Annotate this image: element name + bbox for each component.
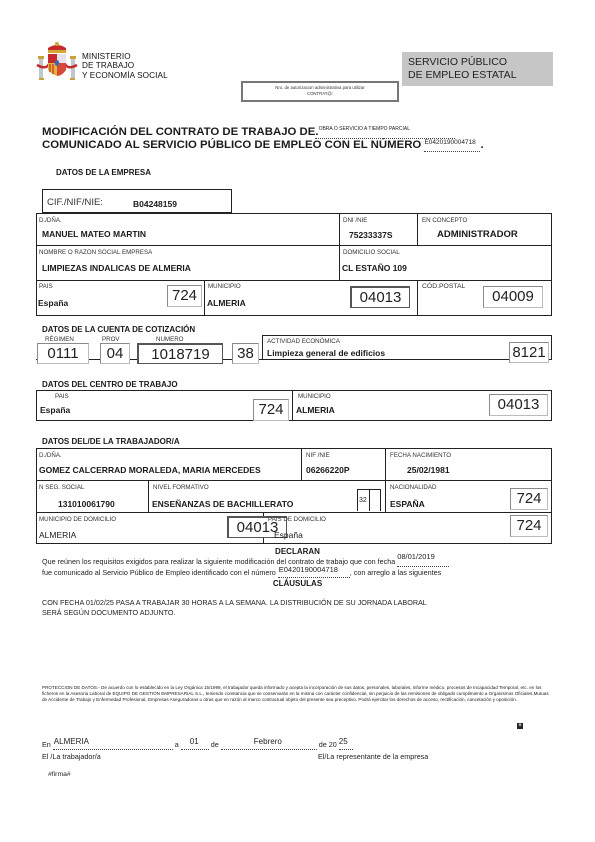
municipio-code-box[interactable]: 04013 — [350, 286, 410, 308]
fecha-value[interactable]: 08/01/2019 — [397, 552, 435, 561]
domicilio-label: DOMICILIO SOCIAL — [343, 249, 400, 256]
clausulas-text-2[interactable]: SERÁ SEGÚN DOCUMENTO ADJUNTO. — [42, 608, 176, 617]
ministry-line-3: Y ECONOMÍA SOCIAL — [82, 71, 168, 80]
trab-nss-value[interactable]: 131010061790 — [58, 499, 115, 509]
trab-mundom-value[interactable]: ALMERIA — [39, 530, 76, 540]
dia-value[interactable]: 01 — [190, 737, 199, 746]
sepe-line-2: DE EMPLEO ESTATAL — [408, 69, 547, 82]
pais-label: PAIS — [39, 283, 53, 290]
mes-value[interactable]: Febrero — [254, 737, 282, 746]
trab-nacionalidad-label: NACIONALIDAD — [390, 484, 436, 491]
plus-icon[interactable]: + — [517, 723, 523, 729]
de-label: de — [211, 740, 219, 749]
actividad-code-box[interactable]: 8121 — [509, 342, 549, 363]
dc-box[interactable]: 38 — [232, 343, 259, 364]
firma-placeholder[interactable]: #firma# — [48, 771, 71, 778]
section-title-cotizacion: DATOS DE LA CUENTA DE COTIZACIÓN — [42, 325, 195, 334]
mes-field: Febrero — [221, 740, 317, 750]
spain-coat-of-arms-icon — [36, 40, 78, 86]
actividad-label: ACTIVIDAD ECONÓMICA — [267, 338, 340, 345]
declaran-text-2b: , con arreglo a las siguientes — [350, 568, 442, 577]
trab-nivel-value[interactable]: ENSEÑANZAS DE BACHILLERATO — [152, 499, 293, 509]
razon-label: NOMBRE O RAZON SOCIAL EMPRESA — [39, 249, 152, 256]
section-title-centro: DATOS DEL CENTRO DE TRABAJO — [42, 380, 178, 389]
prov-box[interactable]: 04 — [100, 343, 130, 364]
trab-nif-label: NIF /NIE — [306, 452, 330, 459]
dni-label: DNI /NIE — [343, 217, 367, 224]
trabajador-signature-label: El /La trabajador/a — [42, 752, 101, 761]
title-line-2: COMUNICADO AL SERVICIO PÚBLICO DE EMPLEO… — [42, 139, 484, 152]
clausulas-heading: CLÁUSULAS — [0, 579, 595, 588]
regimen-label: RÉGIMEN — [45, 336, 74, 343]
fecha-field: 08/01/2019 — [397, 557, 449, 567]
lugar-value[interactable]: ALMERIA — [54, 737, 89, 746]
trab-nss-label: N SEG. SOCIAL — [39, 484, 84, 491]
dia-field: 01 — [181, 740, 209, 750]
domicilio-value[interactable]: CL ESTAÑO 109 — [342, 263, 407, 273]
trab-mundom-label: MUNICIPIO DE DOMICILIO — [39, 516, 116, 523]
trab-nif-value[interactable]: 06266220P — [306, 465, 350, 475]
title-text-1: MODIFICACIÓN DEL CONTRATO DE TRABAJO DE — [42, 126, 315, 138]
sepe-logo: SERVICIO PÚBLICO DE EMPLEO ESTATAL — [402, 52, 553, 86]
concepto-value[interactable]: ADMINISTRADOR — [437, 229, 518, 240]
title-text-2: COMUNICADO AL SERVICIO PÚBLICO DE EMPLEO… — [42, 139, 421, 151]
paisdom-code-box[interactable]: 724 — [510, 515, 548, 537]
declaran-text-2a: fue comunicado al Servicio Público de Em… — [42, 568, 276, 577]
declaran-line-2: fue comunicado al Servicio Público de Em… — [42, 568, 441, 578]
ministry-line-1: MINISTERIO — [82, 52, 168, 61]
declaran-text-1: Que reúnen los requisitos exigidos para … — [42, 557, 395, 566]
contract-type-value: OBRA O SERVICIO A TIEMPO PARCIAL — [319, 126, 410, 132]
trab-paisdom-value[interactable]: España — [274, 530, 303, 540]
trab-nacionalidad-value[interactable]: ESPAÑA — [390, 499, 425, 509]
pais-value[interactable]: España — [38, 298, 68, 308]
nacionalidad-code-box[interactable]: 724 — [510, 488, 548, 510]
trab-nivel-label: NIVEL FORMATIVO — [153, 484, 209, 491]
dni-value[interactable]: 75233337S — [349, 230, 393, 240]
firma-line: En ALMERIA a 01 de Febrero de 20 25 — [42, 740, 353, 750]
en-label: En — [42, 740, 51, 749]
contract-number-value: E0420190004718 — [424, 139, 475, 146]
dna-value[interactable]: MANUEL MATEO MARTIN — [42, 229, 146, 239]
anio-value[interactable]: 25 — [339, 737, 348, 746]
numero-field: E0420190004718 — [278, 568, 350, 578]
declaran-line-1: Que reúnen los requisitos exigidos para … — [42, 557, 449, 567]
cp-label: CÓD.POSTAL — [422, 283, 465, 290]
ministry-line-2: DE TRABAJO — [82, 61, 168, 70]
section-title-empresa: DATOS DE LA EMPRESA — [56, 168, 151, 177]
trab-dna-label: D./DÑA. — [39, 452, 62, 459]
clausulas-text-1[interactable]: CON FECHA 01/02/25 PASA A TRABAJAR 30 HO… — [42, 598, 427, 607]
cp-value-box[interactable]: 04009 — [483, 286, 543, 308]
anio-field: 25 — [339, 740, 353, 750]
cif-box: CIF./NIF/NIE: B04248159 — [42, 189, 232, 213]
cif-value[interactable]: B04248159 — [133, 199, 177, 209]
trabajador-table: D./DÑA. GOMEZ CALCERRAD MORALEDA, MARIA … — [36, 448, 552, 544]
authorization-contrata: CONTRAT@: — [243, 91, 397, 97]
trab-fecha-label: FECHA NACIMIENTO — [390, 452, 451, 459]
data-protection-notice: PROTECCION DE DATOS.- De acuerdo con lo … — [42, 685, 552, 703]
centro-table: PAIS España 724 MUNICIPIO ALMERIA 04013 — [36, 390, 552, 421]
numero-value[interactable]: E0420190004718 — [279, 565, 338, 574]
a-label: a — [175, 740, 179, 749]
municipio-value[interactable]: ALMERIA — [207, 298, 246, 308]
lugar-field: ALMERIA — [53, 740, 173, 750]
centro-pais-label: PAIS — [55, 393, 69, 400]
declaran-heading: DECLARAN — [0, 547, 595, 556]
pais-code-box[interactable]: 724 — [167, 285, 202, 307]
centro-municipio-label: MUNICIPIO — [298, 393, 331, 400]
municipio-label: MUNICIPIO — [208, 283, 241, 290]
dna-label: D./DÑA. — [39, 217, 62, 224]
razon-value[interactable]: LIMPIEZAS INDALICAS DE ALMERIA — [42, 263, 191, 273]
de20-label: de 20 — [319, 740, 337, 749]
contract-number-field: E0420190004718 — [424, 139, 480, 152]
trab-dna-value[interactable]: GOMEZ CALCERRAD MORALEDA, MARIA MERCEDES — [39, 465, 261, 475]
nivel-code-box[interactable]: 32 — [357, 489, 381, 511]
authorization-box: Nro. de autorizacion administrativa para… — [241, 81, 399, 102]
centro-pais-code-box[interactable]: 724 — [253, 399, 289, 421]
representante-signature-label: El/La representante de la empresa — [318, 752, 428, 761]
ministry-name: MINISTERIO DE TRABAJO Y ECONOMÍA SOCIAL — [82, 52, 168, 80]
numero-label: NUMERO — [156, 336, 184, 343]
section-title-trabajador: DATOS DEL/DE LA TRABAJADOR/A — [42, 437, 180, 446]
concepto-label: EN CONCEPTO — [422, 217, 467, 224]
nivel-code-value: 32 — [359, 497, 367, 504]
prov-label: PROV — [102, 336, 120, 343]
empresa-table: D./DÑA. MANUEL MATEO MARTIN DNI /NIE 752… — [36, 213, 552, 316]
regimen-box[interactable]: 0111 — [37, 343, 89, 364]
cotizacion-table: RÉGIMEN 0111 PROV 04 NUMERO 1018719 38 A… — [36, 335, 552, 360]
numero-box[interactable]: 1018719 — [137, 343, 223, 364]
sepe-line-1: SERVICIO PÚBLICO — [408, 56, 547, 69]
trab-paisdom-label: PAIS DE DOMICILIO — [268, 516, 326, 523]
actividad-value[interactable]: Limpieza general de edificios — [267, 348, 385, 358]
trab-fecha-value[interactable]: 25/02/1981 — [407, 465, 450, 475]
centro-pais-value[interactable]: España — [40, 405, 70, 415]
cif-label: CIF./NIF/NIE: — [47, 197, 103, 208]
title-line-1: MODIFICACIÓN DEL CONTRATO DE TRABAJO DE.… — [42, 126, 455, 139]
centro-municipio-value[interactable]: ALMERIA — [296, 405, 335, 415]
contract-type-field: .OBRA O SERVICIO A TIEMPO PARCIAL — [315, 126, 455, 139]
centro-municipio-code-box[interactable]: 04013 — [489, 394, 548, 416]
